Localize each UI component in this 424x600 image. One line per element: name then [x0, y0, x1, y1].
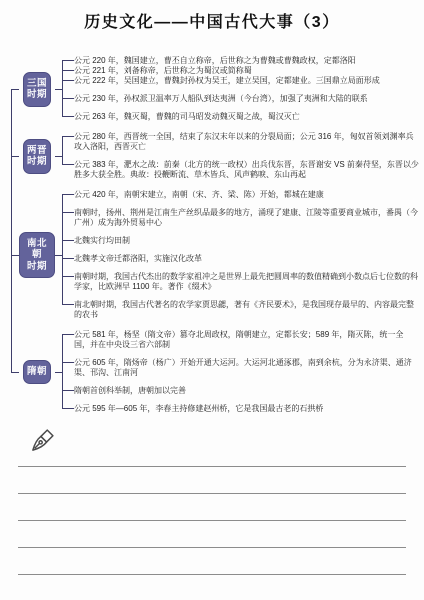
spine-connector-line: [11, 89, 19, 90]
event-item: 公元 230 年，孙权派卫温率万人船队到达夷洲（今台湾），加强了夷洲和大陆的联系: [74, 94, 419, 104]
bracket-line: [62, 136, 63, 164]
period-label-column: 两晋 时期: [19, 139, 55, 174]
spine-connector-line: [11, 156, 19, 157]
page-title: 历史文化——中国古代大事（3）: [0, 0, 424, 32]
event-item: 南朝时期，我国古代杰出的数学家祖冲之是世界上最先把圆周率的数值精确到小数点后七位…: [74, 272, 419, 292]
ruled-lines: [18, 464, 406, 575]
event-item: 公元 605 年，隋炀帝（杨广）开始开通大运河。大运河北通涿郡，南到余杭，分为永…: [74, 358, 419, 378]
event-item: 公元 222 年，吴国建立，曹魏封孙权为吴王，建立吴国，定都建业。三国鼎立局面形…: [74, 76, 419, 86]
event-item: 公元 420 年，南朝宋建立，南朝（宋、齐、梁、陈）开始，都城在建康: [74, 190, 419, 200]
event-item: 公元 595 年—605 年，李春主持修建赵州桥，它是我国最古老的石拱桥: [74, 404, 419, 414]
bracket-line: [62, 334, 63, 408]
event-item: 公元 263 年，魏灭蜀，曹魏的司马昭发动魏灭蜀之战，蜀汉灭亡: [74, 112, 419, 122]
event-item: 北魏实行均田制: [74, 236, 419, 246]
event-item: 公元 221 年，刘备称帝，后世称之为蜀汉或简称蜀: [74, 66, 419, 76]
note-rule-line: [18, 494, 406, 521]
event-item: 南北朝时期，我国古代著名的农学家贾思勰，著有《齐民要术》，是我国现存最早的、内容…: [74, 300, 419, 320]
event-item: 南朝时，扬州、荆州是江南生产丝织品最多的地方，涌现了建康、江陵等重要商业城市，番…: [74, 208, 419, 228]
worksheet-page: 历史文化——中国古代大事（3） 三国 时期公元 220 年，魏国建立，曹丕自立称…: [0, 0, 424, 600]
event-item: 公元 581 年，杨坚（隋文帝）篡夺北周政权，隋朝建立，定都长安；589 年，隋…: [74, 330, 419, 350]
branch-connector-line: [55, 156, 62, 157]
branch-connector-line: [55, 372, 62, 373]
period-label-column: 隋朝: [19, 360, 55, 384]
pen-icon: [18, 424, 60, 464]
period-label: 两晋 时期: [23, 139, 51, 174]
note-rule-line: [18, 548, 406, 575]
event-list: 公元 420 年，南朝宋建立，南朝（宋、齐、梁、陈）开始，都城在建康南朝时，扬州…: [62, 190, 419, 320]
spine-connector-line: [11, 255, 19, 256]
period-branch: 三国 时期公元 220 年，魏国建立，曹丕自立称帝，后世称之为曹魏或曹魏政权，定…: [11, 56, 419, 122]
note-area: [0, 424, 424, 575]
period-label: 南北朝 时期: [19, 232, 55, 279]
branch-connector-line: [55, 89, 62, 90]
period-branch: 两晋 时期公元 280 年，西晋统一全国，结束了东汉末年以来的分裂局面；公元 3…: [11, 132, 419, 180]
period-branch: 隋朝公元 581 年，杨坚（隋文帝）篡夺北周政权，隋朝建立，定都长安；589 年…: [11, 330, 419, 414]
event-item: 公元 383 年，淝水之战：前秦（北方的统一政权）出兵伐东晋，东晋谢安 VS 前…: [74, 160, 419, 180]
event-item: 北魏孝文帝迁都洛阳，实施汉化改革: [74, 254, 419, 264]
note-rule-line: [18, 521, 406, 548]
period-label: 三国 时期: [23, 72, 51, 107]
period-label-column: 三国 时期: [19, 72, 55, 107]
event-item: 公元 280 年，西晋统一全国，结束了东汉末年以来的分裂局面；公元 316 年，…: [74, 132, 419, 152]
period-label: 隋朝: [23, 360, 51, 384]
spine-connector-line: [11, 372, 19, 373]
bracket-line: [62, 194, 63, 304]
event-item: 隋朝首创科举制，唐朝加以完善: [74, 386, 419, 396]
event-list: 公元 581 年，杨坚（隋文帝）篡夺北周政权，隋朝建立，定都长安；589 年，隋…: [62, 330, 419, 414]
branch-connector-line: [55, 255, 62, 256]
mindmap-tree: 三国 时期公元 220 年，魏国建立，曹丕自立称帝，后世称之为曹魏或曹魏政权，定…: [11, 56, 419, 414]
period-label-column: 南北朝 时期: [19, 232, 55, 279]
event-item: 公元 220 年，魏国建立，曹丕自立称帝，后世称之为曹魏或曹魏政权，定都洛阳: [74, 56, 419, 66]
event-list: 公元 280 年，西晋统一全国，结束了东汉末年以来的分裂局面；公元 316 年，…: [62, 132, 419, 180]
note-rule-line: [18, 467, 406, 494]
period-branch: 南北朝 时期公元 420 年，南朝宋建立，南朝（宋、齐、梁、陈）开始，都城在建康…: [11, 190, 419, 320]
tree-spine-line: [11, 89, 12, 372]
event-list: 公元 220 年，魏国建立，曹丕自立称帝，后世称之为曹魏或曹魏政权，定都洛阳公元…: [62, 56, 419, 122]
bracket-line: [62, 60, 63, 116]
